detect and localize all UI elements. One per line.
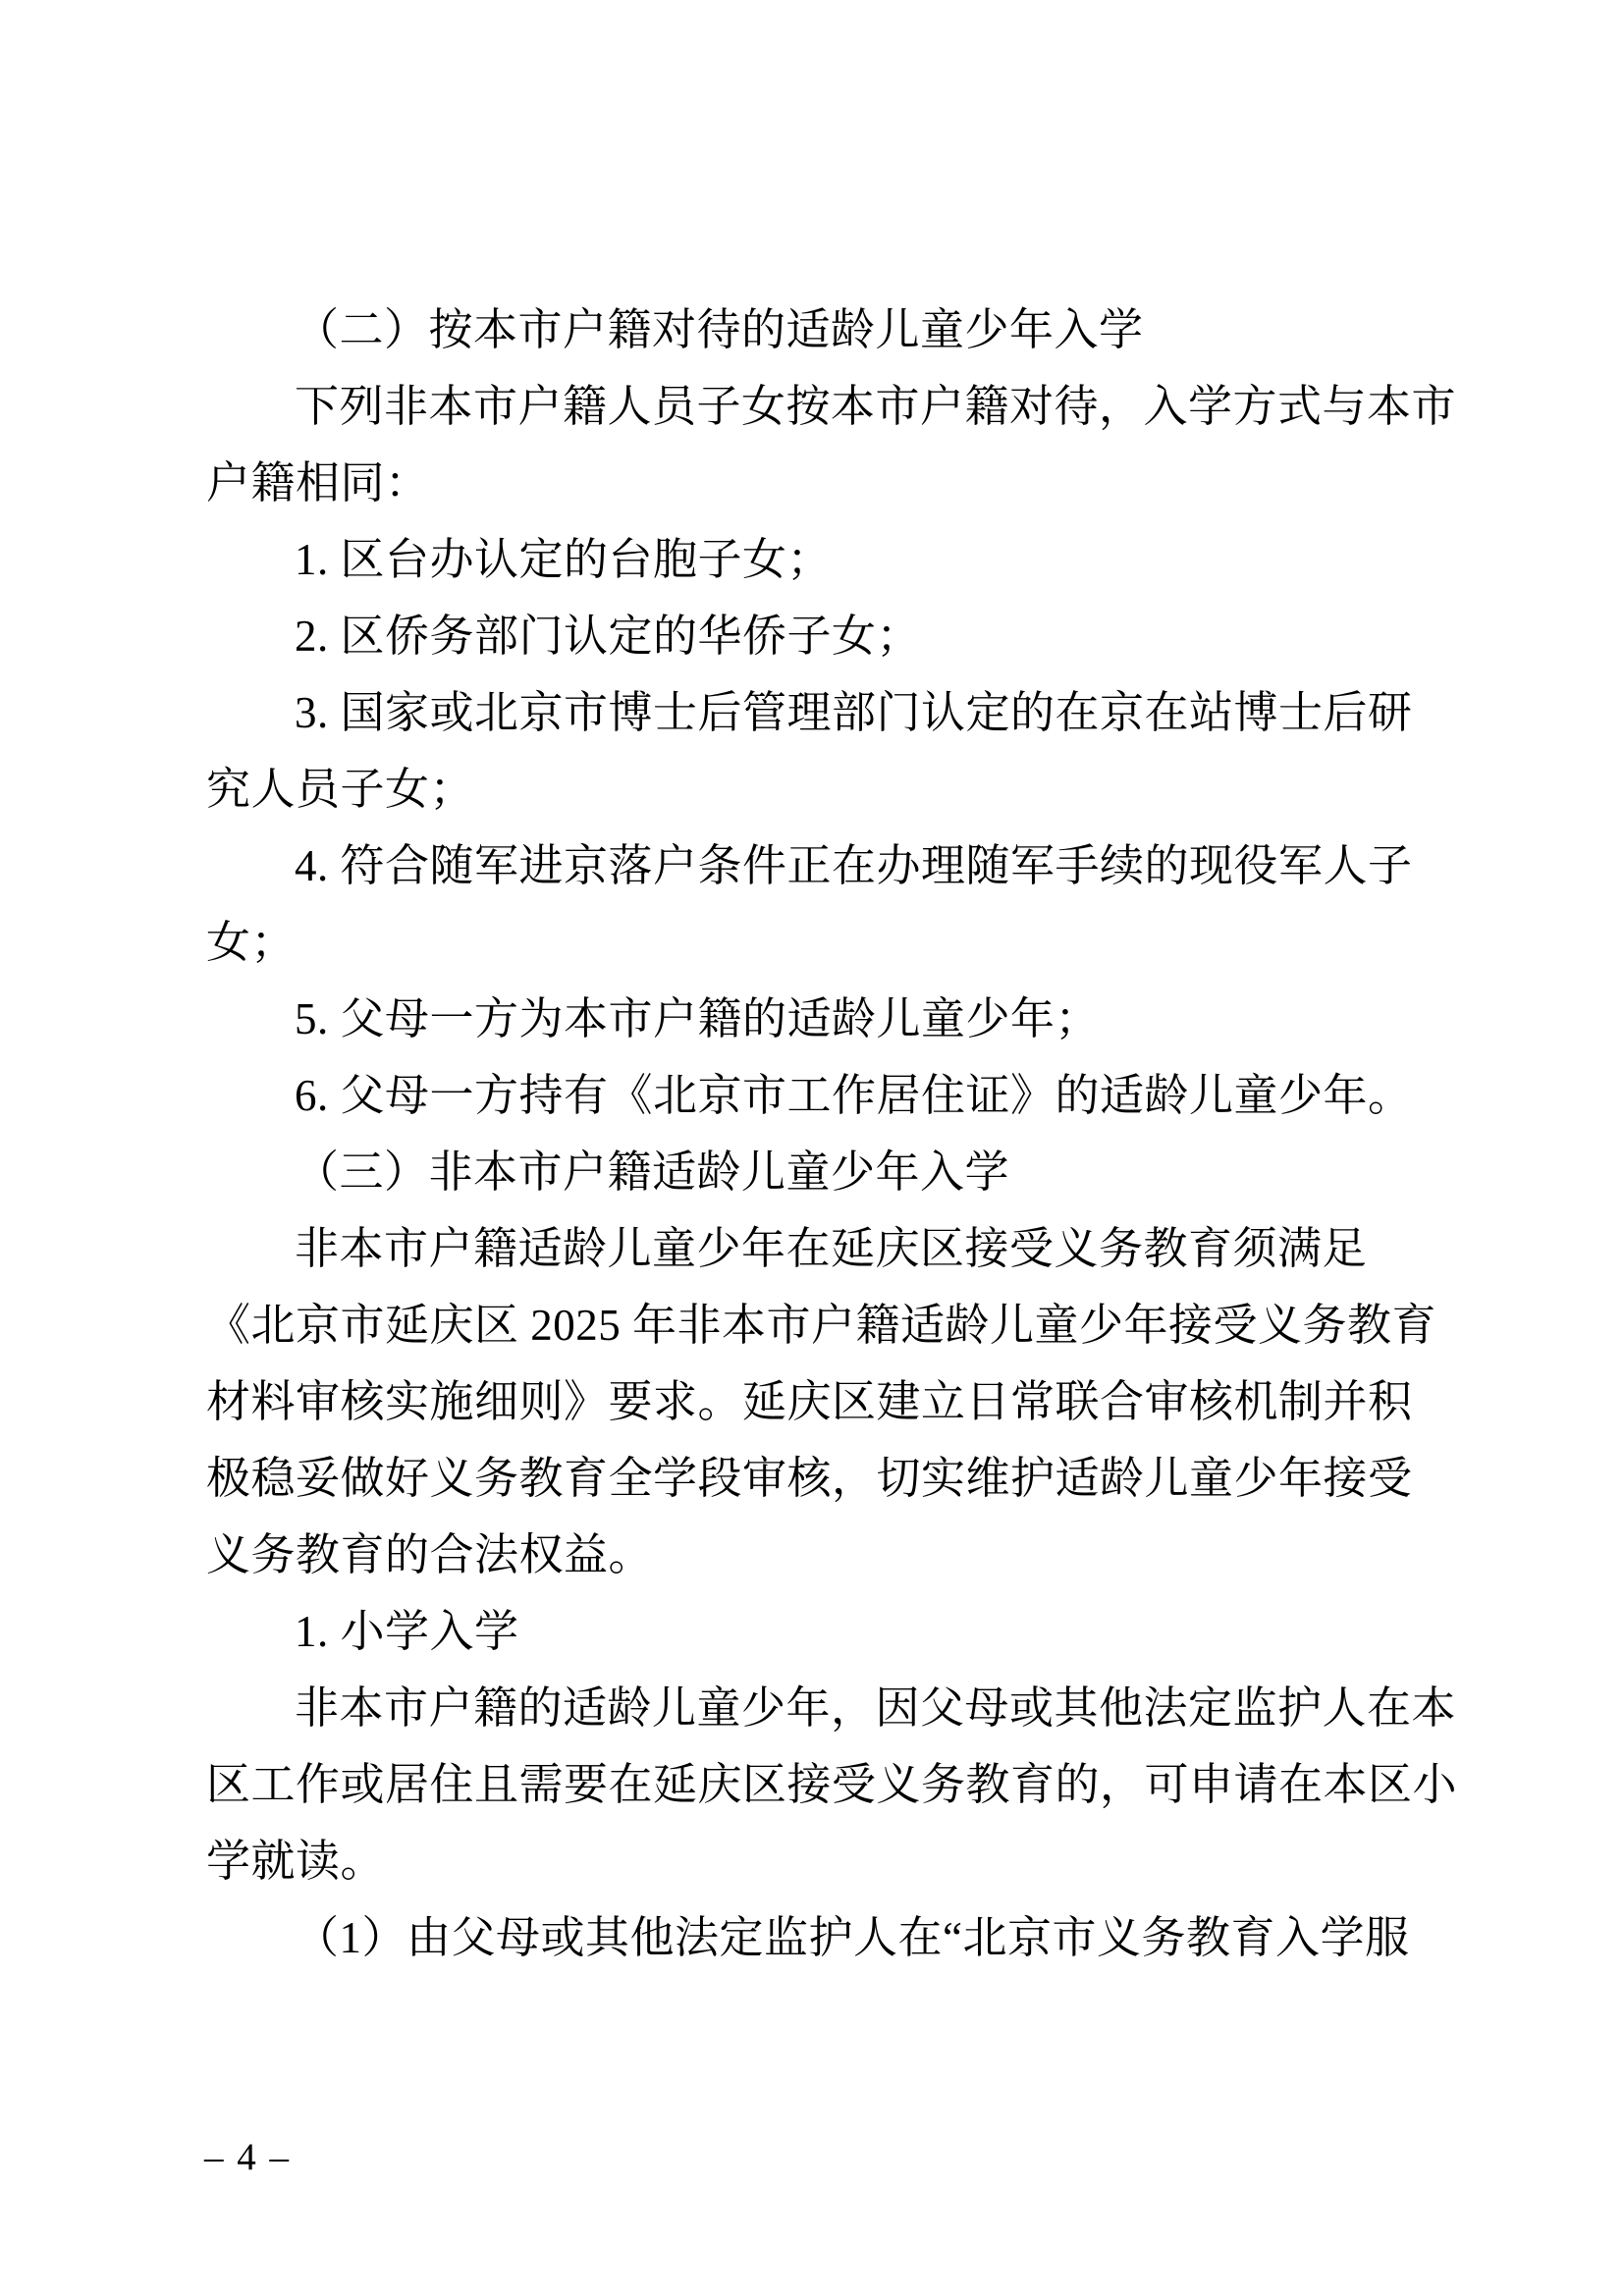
list-item-line: 2. 区侨务部门认定的华侨子女； bbox=[206, 598, 1414, 674]
paragraph-line: 材料审核实施细则》要求。延庆区建立日常联合审核机制并积 bbox=[206, 1363, 1414, 1440]
paragraph-line: 下列非本市户籍人员子女按本市户籍对待，入学方式与本市 bbox=[206, 368, 1414, 445]
list-item-line: 6. 父母一方持有《北京市工作居住证》的适龄儿童少年。 bbox=[206, 1057, 1414, 1134]
list-item-continuation-line: 女； bbox=[206, 904, 1414, 981]
document-page: （二）按本市户籍对待的适龄儿童少年入学 下列非本市户籍人员子女按本市户籍对待，入… bbox=[0, 0, 1624, 2296]
list-item-line: 5. 父母一方为本市户籍的适龄儿童少年； bbox=[206, 981, 1414, 1057]
page-number: – 4 – bbox=[204, 2132, 291, 2183]
paragraph-line: 非本市户籍适龄儿童少年在延庆区接受义务教育须满足 bbox=[206, 1210, 1414, 1287]
sub-heading: 1. 小学入学 bbox=[206, 1593, 1414, 1670]
list-item-line: 1. 区台办认定的台胞子女； bbox=[206, 521, 1414, 598]
list-item-line: 4. 符合随军进京落户条件正在办理随军手续的现役军人子 bbox=[206, 828, 1414, 904]
paragraph-line: 极稳妥做好义务教育全学段审核，切实维护适龄儿童少年接受 bbox=[206, 1440, 1414, 1517]
list-item-line: 3. 国家或北京市博士后管理部门认定的在京在站博士后研 bbox=[206, 674, 1414, 751]
document-body: （二）按本市户籍对待的适龄儿童少年入学 下列非本市户籍人员子女按本市户籍对待，入… bbox=[206, 292, 1414, 1976]
list-item-continuation-line: 究人员子女； bbox=[206, 751, 1414, 828]
paragraph-line: 区工作或居住且需要在延庆区接受义务教育的，可申请在本区小 bbox=[206, 1746, 1414, 1823]
paragraph-line: 《北京市延庆区 2025 年非本市户籍适龄儿童少年接受义务教育 bbox=[206, 1287, 1414, 1363]
section-heading: （三）非本市户籍适龄儿童少年入学 bbox=[206, 1134, 1414, 1210]
paragraph-line: （1）由父母或其他法定监护人在“北京市义务教育入学服 bbox=[206, 1899, 1414, 1976]
paragraph-line: 学就读。 bbox=[206, 1823, 1414, 1899]
section-heading: （二）按本市户籍对待的适龄儿童少年入学 bbox=[206, 292, 1414, 368]
paragraph-line: 非本市户籍的适龄儿童少年，因父母或其他法定监护人在本 bbox=[206, 1670, 1414, 1746]
paragraph-line: 户籍相同： bbox=[206, 445, 1414, 521]
paragraph-line: 义务教育的合法权益。 bbox=[206, 1517, 1414, 1593]
